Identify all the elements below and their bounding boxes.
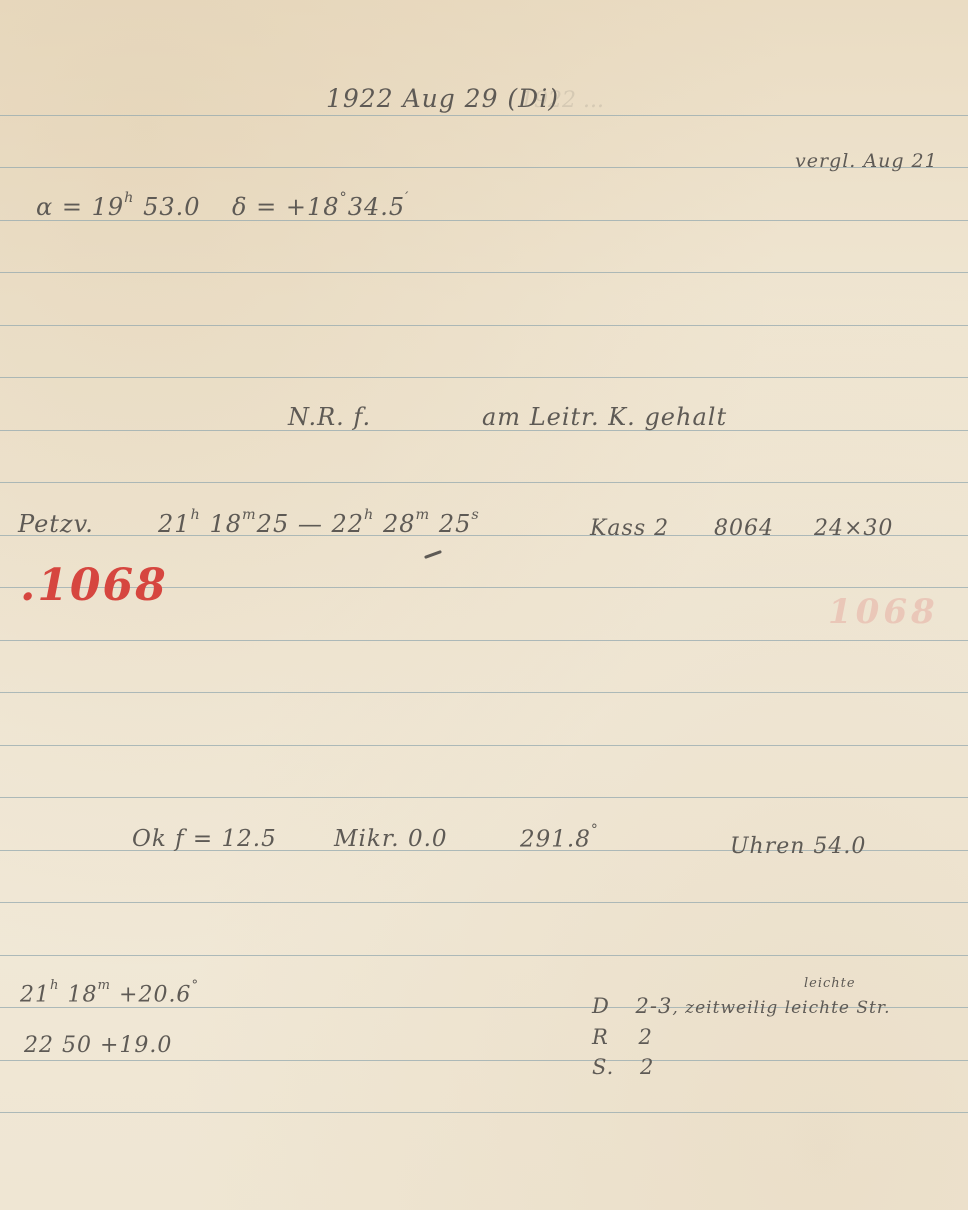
guide-star-label: N.R. f.	[288, 403, 371, 431]
alpha-label: α =	[36, 193, 83, 221]
condition-value: 2	[639, 1025, 653, 1049]
guiding-note: am Leitr. K. gehalt	[482, 403, 727, 431]
hour-unit: h	[124, 190, 134, 206]
degree-unit: °	[591, 822, 599, 838]
minute-unit: m	[98, 978, 112, 993]
ocular-label: Ok f =	[132, 826, 213, 852]
ruled-line	[0, 482, 968, 483]
clock-reading: Uhren 54.0	[730, 834, 866, 859]
start-seconds: 25	[257, 510, 290, 538]
plate-size: 24×30	[814, 516, 893, 541]
mikr-value: 0.0	[408, 826, 448, 852]
ruled-line	[0, 902, 968, 903]
faint-red-offset: 1068	[828, 592, 939, 632]
ruled-line	[0, 325, 968, 326]
condition-symbol: D	[592, 994, 610, 1018]
instrument-name: Petzv.	[18, 510, 94, 538]
clock-label: Uhren	[730, 834, 805, 859]
start-minutes: 18	[209, 510, 242, 538]
end-seconds: 25	[439, 510, 472, 538]
temperature-row: 21h 18m +20.6°	[20, 982, 199, 1007]
angle-value: 291.8	[520, 827, 591, 853]
condition-symbol: S.	[592, 1055, 614, 1079]
cassette-label: Kass 2	[590, 516, 669, 541]
degree-unit: °	[339, 190, 347, 206]
ruled-line	[0, 797, 968, 798]
delta-degrees: +18	[286, 193, 340, 221]
entry-date: 1922 Aug 29 (Di)	[326, 84, 559, 113]
cross-reference-note: vergl. Aug 21	[795, 150, 938, 172]
angle-reading: 291.8°	[520, 826, 599, 853]
red-plate-number: .1068	[20, 560, 168, 611]
right-ascension: α = 19h 53.0	[36, 193, 201, 221]
hour-unit: h	[50, 978, 60, 993]
hour-unit: h	[191, 507, 201, 523]
condition-value: 2	[640, 1055, 654, 1079]
second-unit: s	[471, 507, 479, 523]
degree-unit: °	[191, 978, 199, 993]
range-dash: —	[298, 510, 323, 538]
temperature-row: 22 50 +19.0	[24, 1033, 172, 1058]
minute-unit: m	[242, 507, 257, 523]
condition-symbol: R	[592, 1025, 609, 1049]
end-minutes: 28	[383, 510, 416, 538]
mikr-label: Mikr.	[334, 826, 400, 852]
ruled-line	[0, 745, 968, 746]
arcmin-unit: ′	[405, 190, 409, 206]
delta-arcmin: 34.5	[348, 193, 405, 221]
ruled-line	[0, 115, 968, 116]
alpha-hours: 19	[92, 193, 125, 221]
ocular-focus: Ok f = 12.5	[132, 826, 277, 852]
condition-note: , zeitweilig leichte Str.	[672, 998, 890, 1018]
ruled-line	[0, 692, 968, 693]
condition-note-above: leichte	[804, 976, 856, 991]
condition-row: S. 2	[592, 1055, 654, 1079]
check-mark	[424, 550, 442, 559]
ruled-line	[0, 1112, 968, 1113]
temperature-value: +20.6	[119, 982, 191, 1007]
start-hours: 21	[158, 510, 191, 538]
ruled-line	[0, 640, 968, 641]
minute-unit: m	[416, 507, 431, 523]
condition-row: D 2-3, zeitweilig leichte Str.	[592, 994, 891, 1018]
clock-value: 54.0	[813, 834, 866, 859]
time-hours: 22	[24, 1033, 54, 1058]
ruled-line	[0, 272, 968, 273]
exposure-time-range: 21h 18m25 — 22h 28m 25s	[158, 510, 480, 538]
notebook-page: 1922 ... 1922 Aug 29 (Di) vergl. Aug 21 …	[0, 0, 968, 1210]
ruled-line	[0, 1060, 968, 1061]
ruled-line	[0, 955, 968, 956]
ruled-line	[0, 377, 968, 378]
alpha-minutes: 53.0	[143, 193, 200, 221]
delta-label: δ =	[232, 193, 277, 221]
condition-row: R 2	[592, 1025, 653, 1049]
time-hours: 21	[20, 982, 50, 1007]
end-hours: 22	[332, 510, 365, 538]
temperature-value: +19.0	[100, 1033, 172, 1058]
declination: δ = +18°34.5′	[232, 193, 409, 221]
plate-number: 8064	[714, 516, 774, 541]
ocular-value: 12.5	[222, 826, 277, 852]
time-minutes: 18	[68, 982, 98, 1007]
condition-value: 2-3	[636, 994, 673, 1018]
micrometer-reading: Mikr. 0.0	[334, 826, 448, 852]
time-minutes: 50	[62, 1033, 92, 1058]
hour-unit: h	[364, 507, 374, 523]
